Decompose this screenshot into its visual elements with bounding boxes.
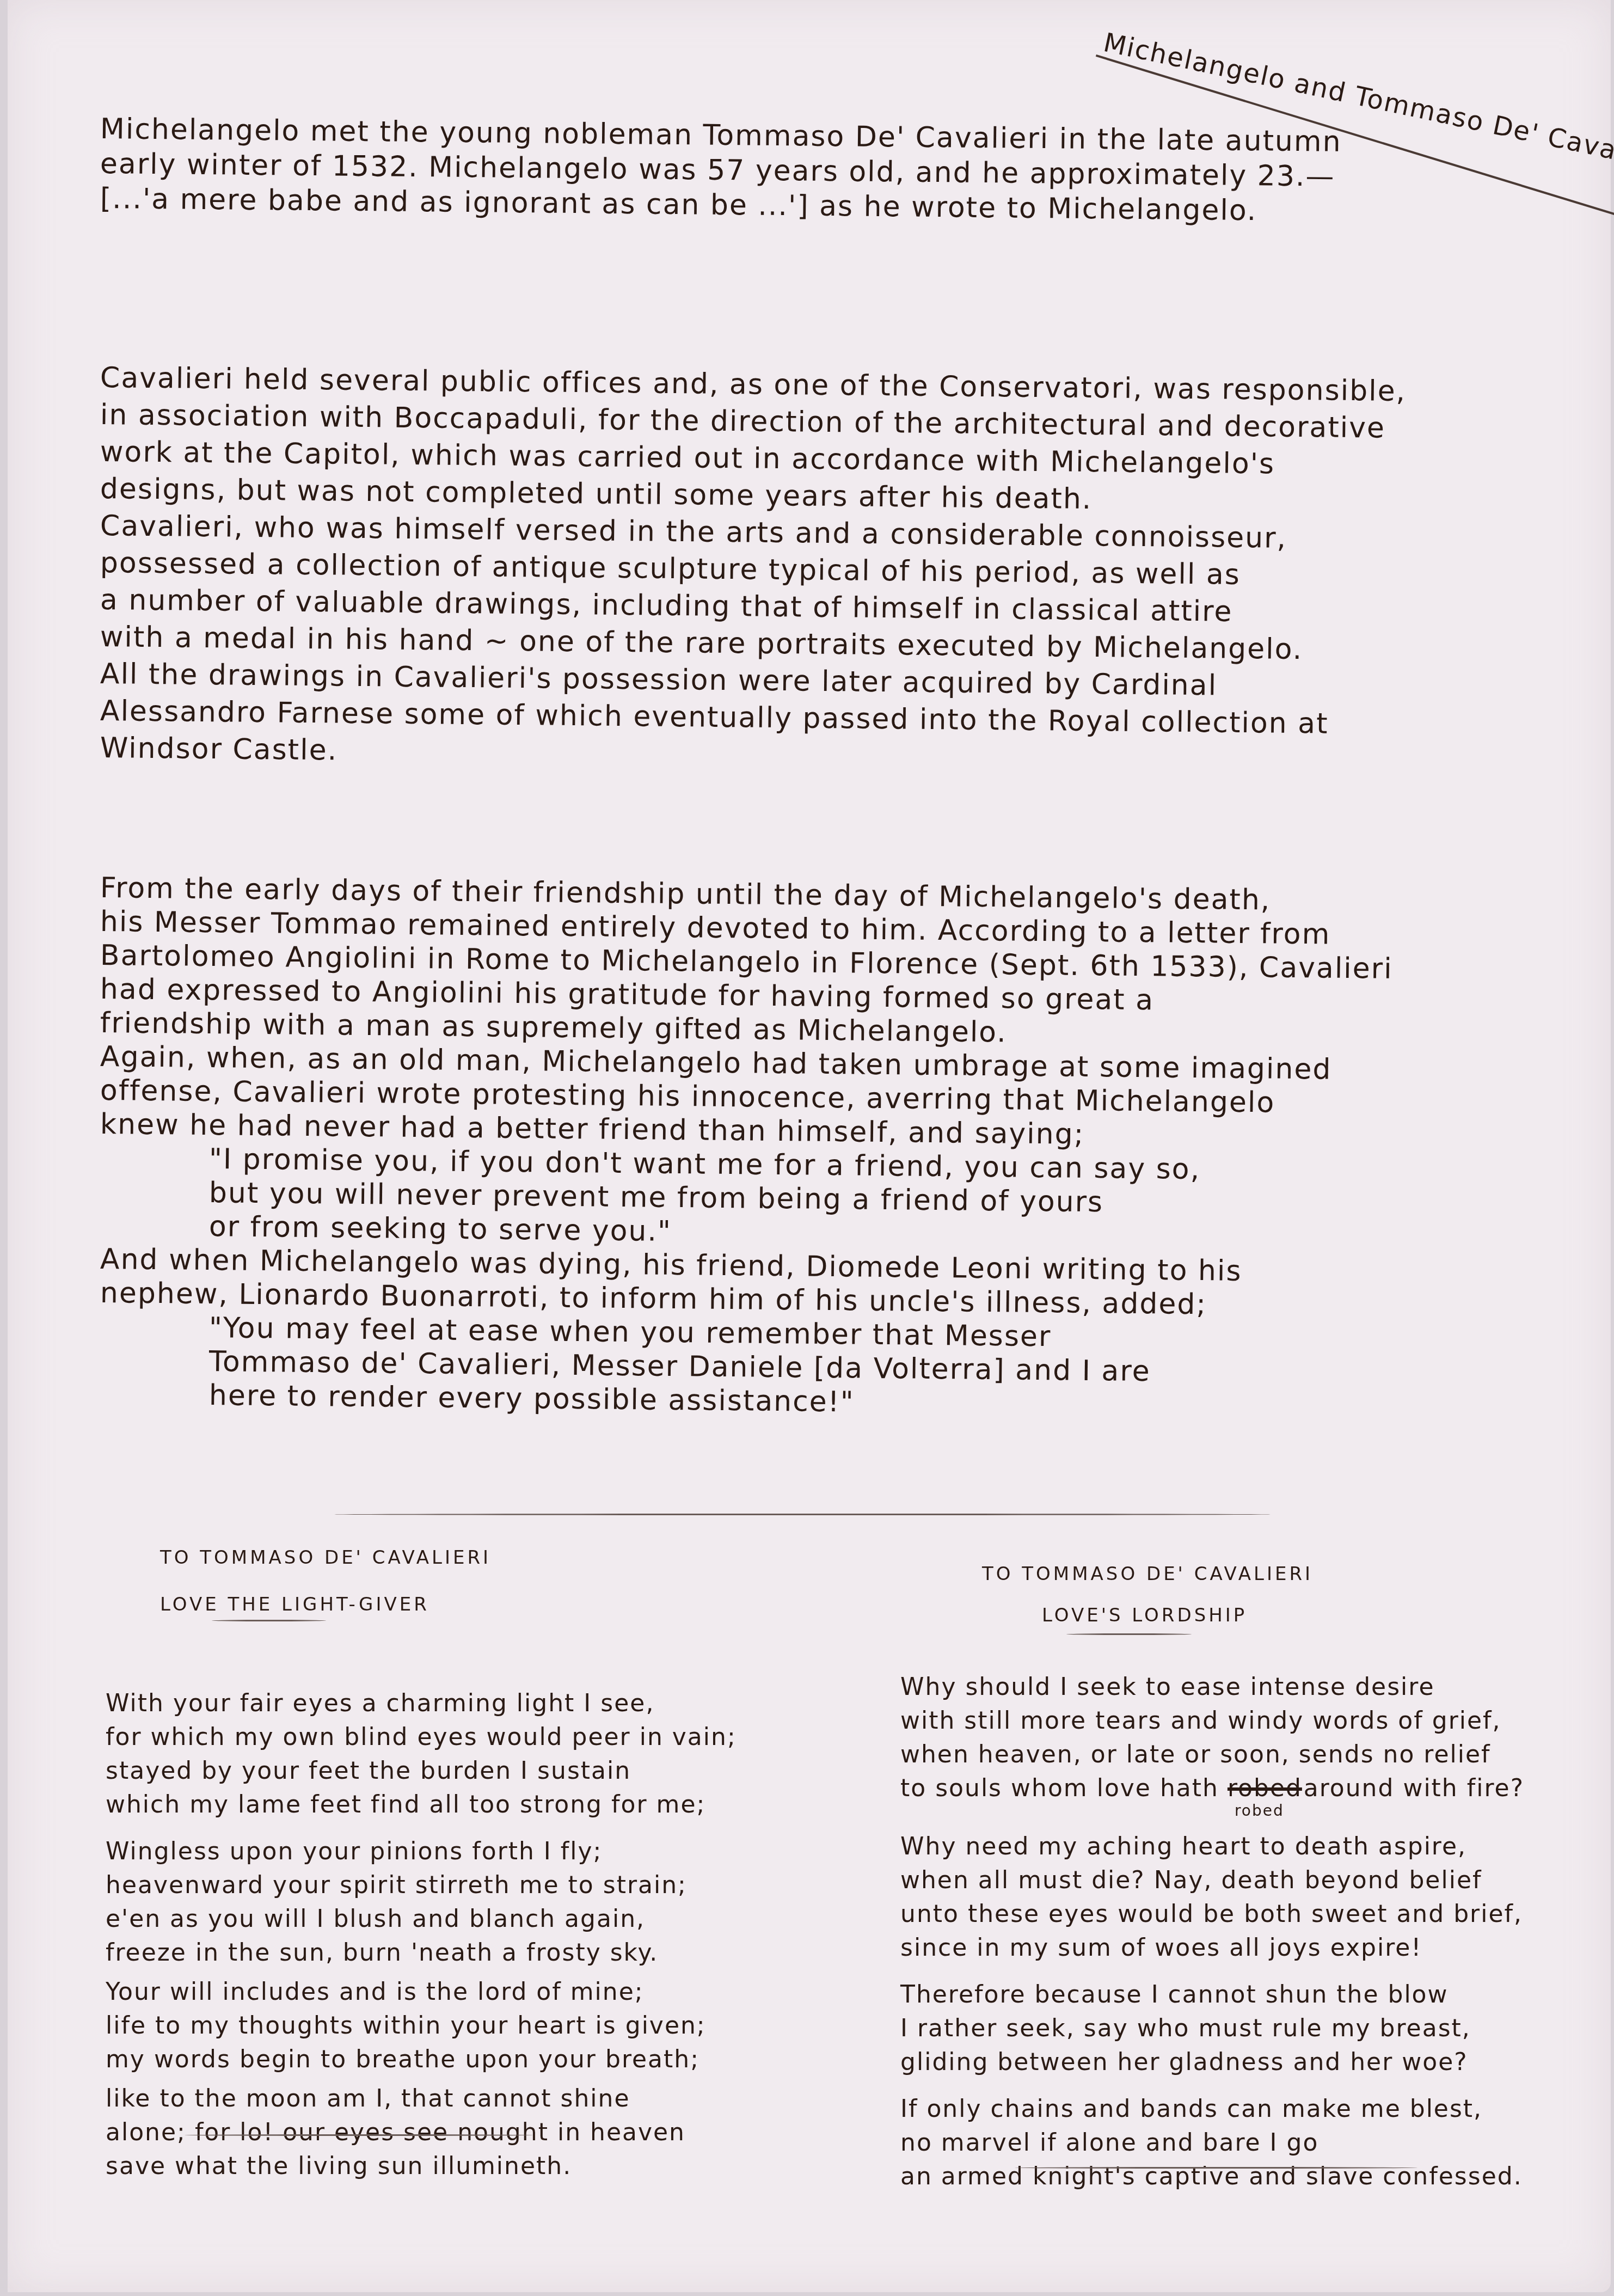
poem-line: an armed knight's captive and slave conf… xyxy=(900,2160,1608,2194)
poem-dedication: TO TOMMASO DE' CAVALIERI xyxy=(106,1541,813,1575)
poem-line: Wingless upon your pinions forth I fly; xyxy=(106,1835,813,1869)
poem-line: save what the living sun illumineth. xyxy=(106,2150,813,2183)
poem-line: stayed by your feet the burden I sustain xyxy=(106,1754,813,1788)
poem-line: e'en as you will I blush and blanch agai… xyxy=(106,1902,813,1936)
poem-line: Therefore because I cannot shun the blow xyxy=(900,1978,1608,2012)
poem-line: With your fair eyes a charming light I s… xyxy=(106,1687,813,1721)
poem-end-rule xyxy=(185,2134,533,2136)
poem-line: no marvel if alone and bare I go xyxy=(900,2126,1608,2160)
poem-line: when all must die? Nay, death beyond bel… xyxy=(900,1864,1608,1897)
poem-line: for which my own blind eyes would peer i… xyxy=(106,1721,813,1754)
poem-line-with-correction: to souls whom love hath robed robed arou… xyxy=(900,1772,1608,1808)
poem-line: my words begin to breathe upon your brea… xyxy=(106,2043,813,2077)
section-divider xyxy=(334,1514,1271,1515)
career-paragraph: Cavalieri held several public offices an… xyxy=(100,359,1472,767)
poem-line: Why need my aching heart to death aspire… xyxy=(900,1830,1608,1864)
poem-line: life to my thoughts within your heart is… xyxy=(106,2009,813,2043)
poem-line: which my lame feet find all too strong f… xyxy=(106,1788,813,1822)
poem-line: gliding between her gladness and her woe… xyxy=(900,2046,1608,2079)
poem-line: I rather seek, say who must rule my brea… xyxy=(900,2012,1608,2046)
poem-line: like to the moon am I, that cannot shine xyxy=(106,2082,813,2116)
poem-dedication: TO TOMMASO DE' CAVALIERI xyxy=(900,1557,1608,1591)
poem-line: alone; for lo! our eyes see nought in he… xyxy=(106,2116,813,2150)
intro-paragraph: Michelangelo met the young nobleman Tomm… xyxy=(100,112,1472,216)
poem-love-the-light-giver: TO TOMMASO DE' CAVALIERI LOVE THE LIGHT-… xyxy=(106,1541,813,2183)
poem-line: unto these eyes would be both sweet and … xyxy=(900,1897,1608,1931)
correction-word: robed xyxy=(1235,1802,1284,1820)
friendship-paragraph: From the early days of their friendship … xyxy=(100,871,1472,1411)
poem-line: when heaven, or late or soon, sends no r… xyxy=(900,1738,1608,1772)
poem-end-rule xyxy=(1015,2167,1417,2169)
poem-loves-lordship: TO TOMMASO DE' CAVALIERI LOVE'S LORDSHIP… xyxy=(900,1557,1608,2194)
poem-title: LOVE THE LIGHT-GIVER xyxy=(106,1588,813,1621)
poem-line-end: around with fire? xyxy=(1304,1774,1524,1802)
poem-line: since in my sum of woes all joys expire! xyxy=(900,1931,1608,1965)
poem-line: Your will includes and is the lord of mi… xyxy=(106,1975,813,2009)
manuscript-page: Michelangelo and Tommaso De' Cavalieri M… xyxy=(8,0,1611,2292)
poem-title: LOVE'S LORDSHIP xyxy=(900,1599,1608,1632)
struck-out-word: robed xyxy=(1228,1774,1302,1802)
poem-line: freeze in the sun, burn 'neath a frosty … xyxy=(106,1936,813,1970)
poem-line-start: to souls whom love hath xyxy=(900,1774,1219,1802)
poem-line: If only chains and bands can make me ble… xyxy=(900,2092,1608,2126)
poem-line: with still more tears and windy words of… xyxy=(900,1704,1608,1738)
poem-title-rule xyxy=(212,1620,326,1621)
poem-line: Why should I seek to ease intense desire xyxy=(900,1670,1608,1704)
poem-line: heavenward your spirit stirreth me to st… xyxy=(106,1869,813,1902)
poem-title-rule xyxy=(1066,1633,1192,1635)
